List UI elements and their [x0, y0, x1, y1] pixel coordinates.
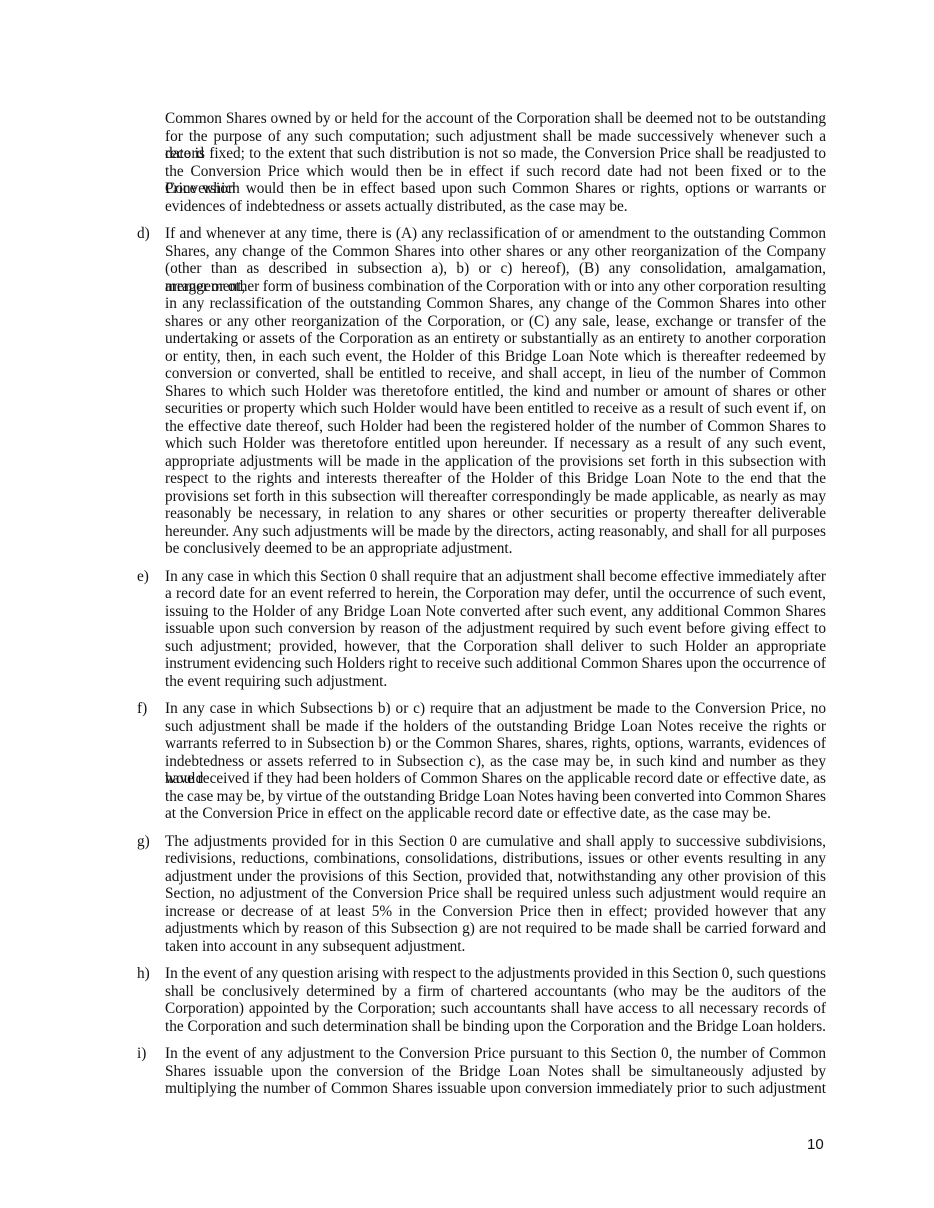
clause-label: h)	[137, 965, 150, 983]
clause-label: f)	[137, 700, 147, 718]
text-line: provisions set forth in this subsection …	[165, 488, 826, 506]
page-content: Common Shares owned by or held for the a…	[0, 110, 934, 1108]
text-line: evidences of indebtedness or assets actu…	[165, 198, 826, 216]
text-line: If and whenever at any time, there is (A…	[165, 225, 826, 243]
text-line: In the event of any question arising wit…	[165, 965, 826, 983]
text-line: the case may be, by virtue of the outsta…	[165, 788, 826, 806]
clause-body: In the event of any adjustment to the Co…	[165, 1045, 826, 1098]
text-line: Common Shares owned by or held for the a…	[165, 110, 826, 128]
text-line: Shares, any change of the Common Shares …	[165, 243, 826, 261]
text-line: increase or decrease of at least 5% in t…	[165, 903, 826, 921]
text-line: adjustment under the provisions of this …	[165, 868, 826, 886]
text-line: the effective date thereof, such Holder …	[165, 418, 826, 436]
text-line: respect to the rights and interests ther…	[165, 470, 826, 488]
text-line: shares or any other reorganization of th…	[165, 313, 826, 331]
text-line: conversion or converted, shall be entitl…	[165, 365, 826, 383]
text-line: be conclusively deemed to be an appropri…	[165, 540, 826, 558]
text-line: a record date for an event referred to h…	[165, 585, 826, 603]
clause-f: f) In any case in which Subsections b) o…	[0, 700, 934, 823]
text-line: merger or other form of business combina…	[165, 278, 826, 296]
text-line: In the event of any adjustment to the Co…	[165, 1045, 826, 1063]
text-line: Corporation) appointed by the Corporatio…	[165, 1000, 826, 1018]
text-line: the event requiring such adjustment.	[165, 673, 826, 691]
text-line: (other than as described in subsection a…	[165, 260, 826, 278]
text-line: indebtedness or assets referred to in Su…	[165, 753, 826, 771]
clause-label: i)	[137, 1045, 146, 1063]
text-line: Shares issuable upon the conversion of t…	[165, 1063, 826, 1081]
clause-label: e)	[137, 568, 149, 586]
clause-body: In the event of any question arising wit…	[165, 965, 826, 1035]
text-line: redivisions, reductions, combinations, c…	[165, 850, 826, 868]
text-line: the Conversion Price which would then be…	[165, 163, 826, 181]
clause-i: i) In the event of any adjustment to the…	[0, 1045, 934, 1098]
text-line: hereunder. Any such adjustments will be …	[165, 523, 826, 541]
text-line: date is fixed; to the extent that such d…	[165, 145, 826, 163]
text-line: for the purpose of any such computation;…	[165, 128, 826, 146]
text-line: reasonably be necessary, in relation to …	[165, 505, 826, 523]
text-line: securities or property which such Holder…	[165, 400, 826, 418]
clause-e: e) In any case in which this Section 0 s…	[0, 568, 934, 691]
text-line: such adjustment; provided, however, that…	[165, 638, 826, 656]
text-line: at the Conversion Price in effect on the…	[165, 805, 826, 823]
text-line: in any reclassification of the outstandi…	[165, 295, 826, 313]
text-line: Price which would then be in effect base…	[165, 180, 826, 198]
text-line: issuable upon such conversion by reason …	[165, 620, 826, 638]
text-line: Section, no adjustment of the Conversion…	[165, 885, 826, 903]
text-line: warrants referred to in Subsection b) or…	[165, 735, 826, 753]
clause-body: The adjustments provided for in this Sec…	[165, 833, 826, 956]
text-line: multiplying the number of Common Shares …	[165, 1080, 826, 1098]
clause-label: d)	[137, 225, 150, 243]
text-line: instrument evidencing such Holders right…	[165, 655, 826, 673]
text-line: have received if they had been holders o…	[165, 770, 826, 788]
clause-label: g)	[137, 833, 150, 851]
text-line: such adjustment shall be made if the hol…	[165, 718, 826, 736]
clause-body: In any case in which Subsections b) or c…	[165, 700, 826, 823]
text-line: or entity, then, in each such event, the…	[165, 348, 826, 366]
text-line: shall be conclusively determined by a fi…	[165, 983, 826, 1001]
text-line: appropriate adjustments will be made in …	[165, 453, 826, 471]
text-line: the Corporation and such determination s…	[165, 1018, 826, 1036]
text-line: undertaking or assets of the Corporation…	[165, 330, 826, 348]
clause-c-continuation: Common Shares owned by or held for the a…	[0, 110, 934, 215]
text-line: issuing to the Holder of any Bridge Loan…	[165, 603, 826, 621]
text-line: The adjustments provided for in this Sec…	[165, 833, 826, 851]
text-line: taken into account in any subsequent adj…	[165, 938, 826, 956]
clause-body: Common Shares owned by or held for the a…	[165, 110, 826, 215]
clause-g: g) The adjustments provided for in this …	[0, 833, 934, 956]
clause-d: d) If and whenever at any time, there is…	[0, 225, 934, 558]
text-line: In any case in which this Section 0 shal…	[165, 568, 826, 586]
text-line: adjustments which by reason of this Subs…	[165, 920, 826, 938]
clause-body: In any case in which this Section 0 shal…	[165, 568, 826, 691]
text-line: which such Holder was theretofore entitl…	[165, 435, 826, 453]
page-number: 10	[807, 1136, 824, 1154]
clause-body: If and whenever at any time, there is (A…	[165, 225, 826, 558]
document-page: Common Shares owned by or held for the a…	[0, 0, 934, 1208]
text-line: Shares to which such Holder was theretof…	[165, 383, 826, 401]
text-line: In any case in which Subsections b) or c…	[165, 700, 826, 718]
clause-h: h) In the event of any question arising …	[0, 965, 934, 1035]
